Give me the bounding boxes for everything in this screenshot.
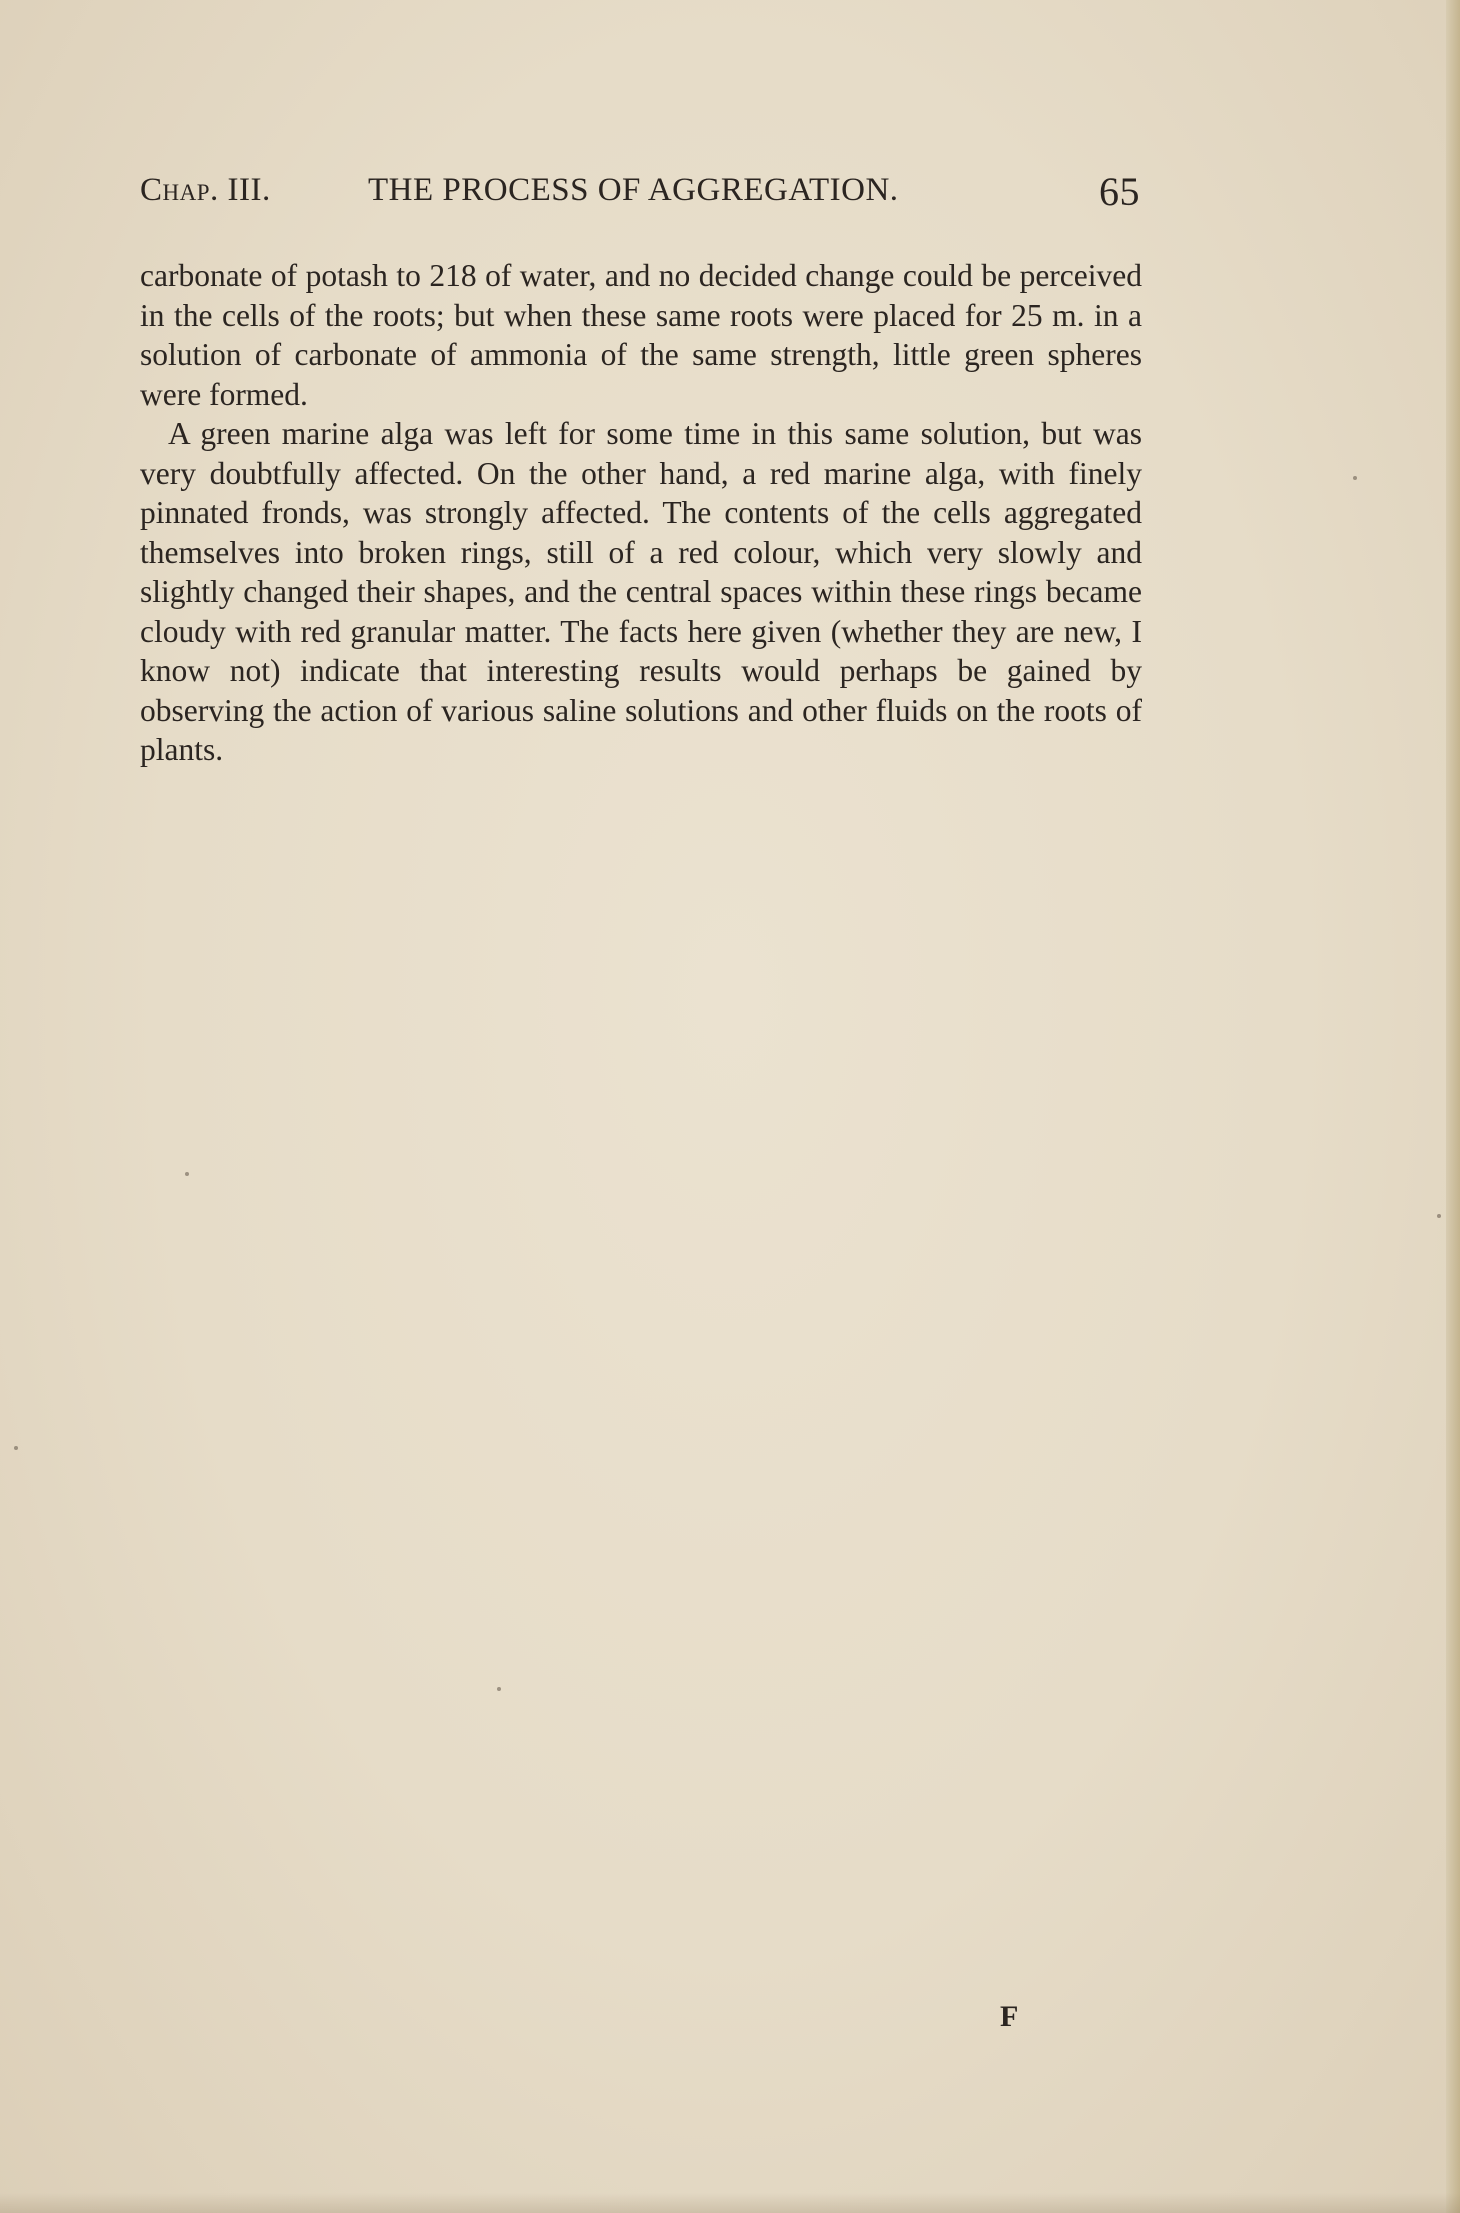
book-page: Chap. III. THE PROCESS OF AGGREGATION. 6…: [0, 0, 1460, 2213]
signature-mark: F: [1000, 2000, 1018, 2034]
running-head: Chap. III. THE PROCESS OF AGGREGATION. 6…: [140, 168, 1140, 216]
page-bottom-shadow: [0, 2193, 1460, 2213]
paper-speck: [185, 1172, 189, 1176]
paragraph-2: A green marine alga was left for some ti…: [140, 414, 1142, 770]
body-text: carbonate of potash to 218 of water, and…: [140, 256, 1142, 770]
page-number: 65: [1099, 168, 1140, 215]
paper-speck: [497, 1687, 501, 1691]
paragraph-1: carbonate of potash to 218 of water, and…: [140, 256, 1142, 414]
paper-speck: [14, 1446, 18, 1450]
page-edge: [1446, 0, 1460, 2213]
running-title: THE PROCESS OF AGGREGATION.: [368, 172, 899, 209]
paper-speck: [1353, 476, 1357, 480]
chapter-label: Chap. III.: [140, 172, 271, 209]
paper-speck: [1437, 1214, 1441, 1218]
